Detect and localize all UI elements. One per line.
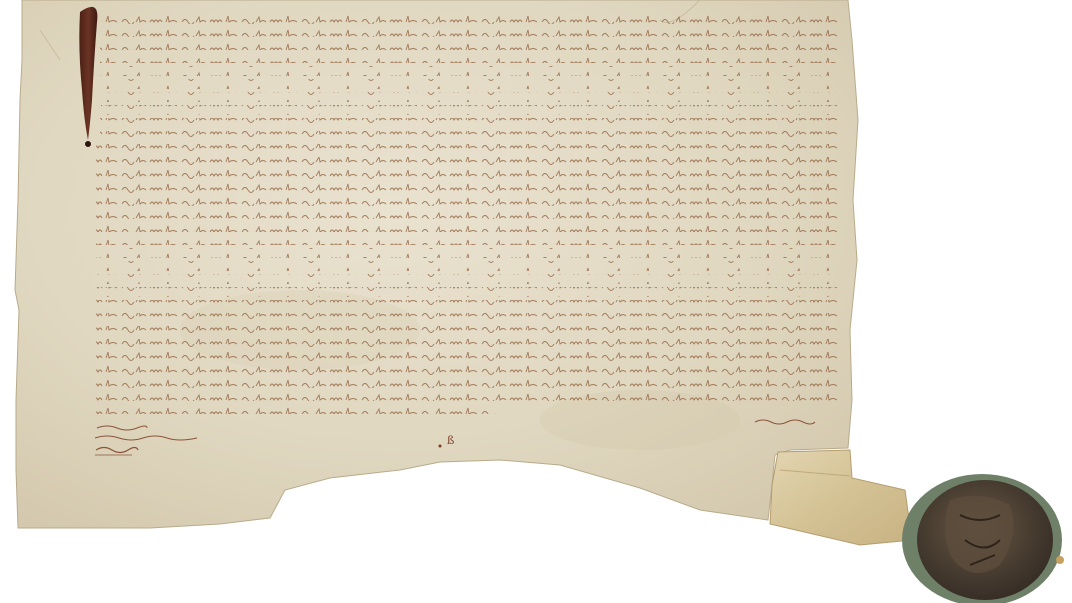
charter-scan: Scanned medieval charter with pendant se… xyxy=(0,0,1072,603)
svg-text:ß: ß xyxy=(447,434,454,447)
wax-seal xyxy=(902,474,1064,603)
charter-body-text xyxy=(96,14,837,414)
seal-tag xyxy=(770,450,912,545)
